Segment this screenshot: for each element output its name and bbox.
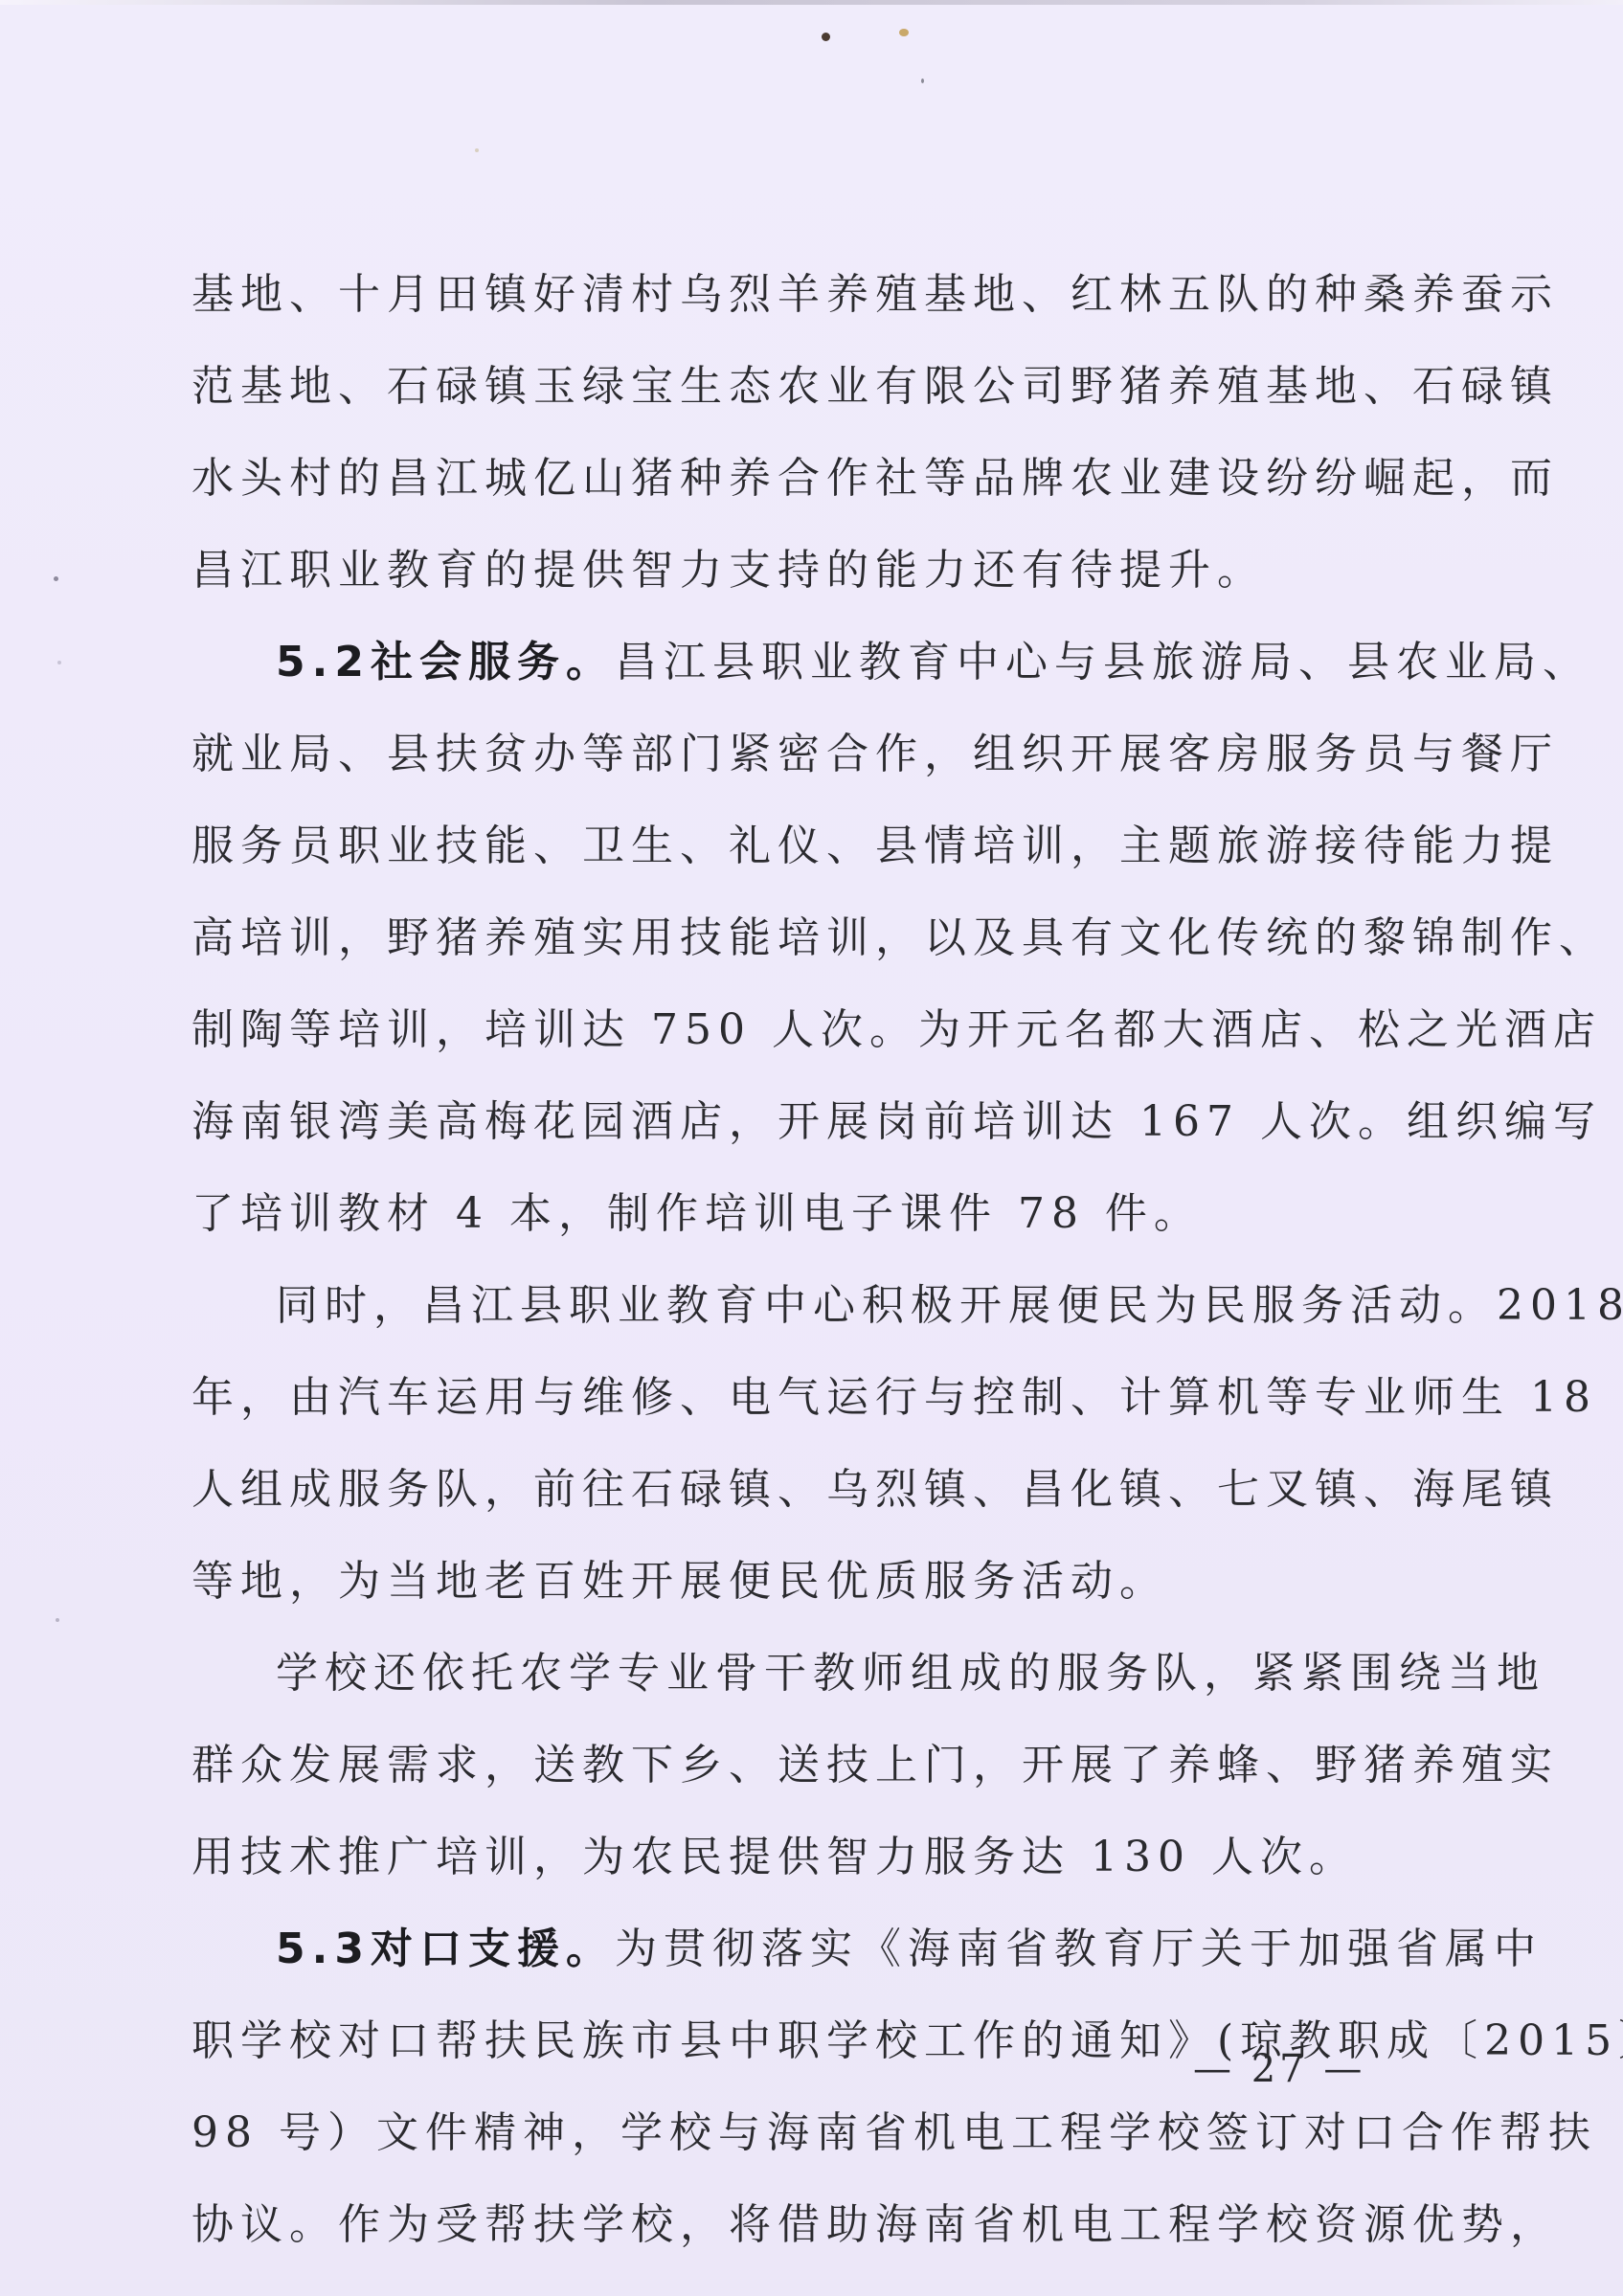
paragraph-continuation: 基地、十月田镇好清村乌烈羊养殖基地、红林五队的种桑养蚕示 范基地、石碌镇玉绿宝生… — [192, 249, 1408, 617]
scan-speck — [899, 29, 909, 36]
text-line: 5.2社会服务。昌江县职业教育中心与县旅游局、县农业局、 — [192, 617, 1408, 709]
scan-speck — [56, 1618, 59, 1622]
text-line: 98 号）文件精神，学校与海南省机电工程学校签订对口合作帮扶 — [192, 2087, 1408, 2179]
section-heading-5-2: 5.2社会服务。 — [276, 638, 615, 687]
text-line: 学校还依托农学专业骨干教师组成的服务队，紧紧围绕当地 — [192, 1628, 1408, 1720]
text-line: 制陶等培训，培训达 750 人次。为开元名都大酒店、松之光酒店 — [192, 984, 1408, 1076]
scan-speck — [921, 79, 924, 83]
text-line: 了培训教材 4 本，制作培训电子课件 78 件。 — [192, 1168, 1408, 1260]
scan-top-edge — [0, 0, 1623, 5]
section-heading-5-3: 5.3对口支援。 — [276, 1925, 615, 1973]
text-line: 就业局、县扶贫办等部门紧密合作，组织开展客房服务员与餐厅 — [192, 709, 1408, 800]
text-line: 服务员职业技能、卫生、礼仪、县情培训，主题旅游接待能力提 — [192, 800, 1408, 892]
text-line: 等地，为当地老百姓开展便民优质服务活动。 — [192, 1536, 1408, 1628]
text-line: 水头村的昌江城亿山猪种养合作社等品牌农业建设纷纷崛起，而 — [192, 433, 1408, 525]
text-span: 昌江县职业教育中心与县旅游局、县农业局、 — [615, 638, 1591, 687]
text-line: 基地、十月田镇好清村乌烈羊养殖基地、红林五队的种桑养蚕示 — [192, 249, 1408, 341]
text-line: 昌江职业教育的提供智力支持的能力还有待提升。 — [192, 525, 1408, 617]
text-line: 范基地、石碌镇玉绿宝生态农业有限公司野猪养殖基地、石碌镇 — [192, 341, 1408, 433]
page-number: — 27 — — [1193, 2047, 1365, 2091]
text-line: 协议。作为受帮扶学校，将借助海南省机电工程学校资源优势， — [192, 2179, 1408, 2271]
paragraph-social-service: 5.2社会服务。昌江县职业教育中心与县旅游局、县农业局、 就业局、县扶贫办等部门… — [192, 617, 1408, 1260]
paragraph-agri-service: 学校还依托农学专业骨干教师组成的服务队，紧紧围绕当地 群众发展需求，送教下乡、送… — [192, 1628, 1408, 1903]
scan-speck — [822, 33, 830, 41]
scan-speck — [54, 576, 58, 581]
text-line: 群众发展需求，送教下乡、送技上门，开展了养蜂、野猪养殖实 — [192, 1720, 1408, 1812]
text-line: 人组成服务队，前往石碌镇、乌烈镇、昌化镇、七叉镇、海尾镇 — [192, 1444, 1408, 1536]
text-line: 5.3对口支援。为贯彻落实《海南省教育厅关于加强省属中 — [192, 1903, 1408, 1995]
scan-speck — [475, 148, 479, 152]
text-line: 用技术推广培训，为农民提供智力服务达 130 人次。 — [192, 1812, 1408, 1903]
paragraph-service-activity: 同时，昌江县职业教育中心积极开展便民为民服务活动。2018 年，由汽车运用与维修… — [192, 1260, 1408, 1628]
text-line: 海南银湾美高梅花园酒店，开展岗前培训达 167 人次。组织编写 — [192, 1076, 1408, 1168]
text-span: 为贯彻落实《海南省教育厅关于加强省属中 — [615, 1925, 1543, 1973]
text-line: 同时，昌江县职业教育中心积极开展便民为民服务活动。2018 — [192, 1260, 1408, 1352]
text-line: 高培训，野猪养殖实用技能培训，以及具有文化传统的黎锦制作、 — [192, 892, 1408, 984]
scan-speck — [57, 661, 61, 664]
text-line: 年，由汽车运用与维修、电气运行与控制、计算机等专业师生 18 — [192, 1352, 1408, 1444]
scanned-page: 基地、十月田镇好清村乌烈羊养殖基地、红林五队的种桑养蚕示 范基地、石碌镇玉绿宝生… — [0, 0, 1623, 2296]
document-body: 基地、十月田镇好清村乌烈羊养殖基地、红林五队的种桑养蚕示 范基地、石碌镇玉绿宝生… — [192, 249, 1408, 2271]
